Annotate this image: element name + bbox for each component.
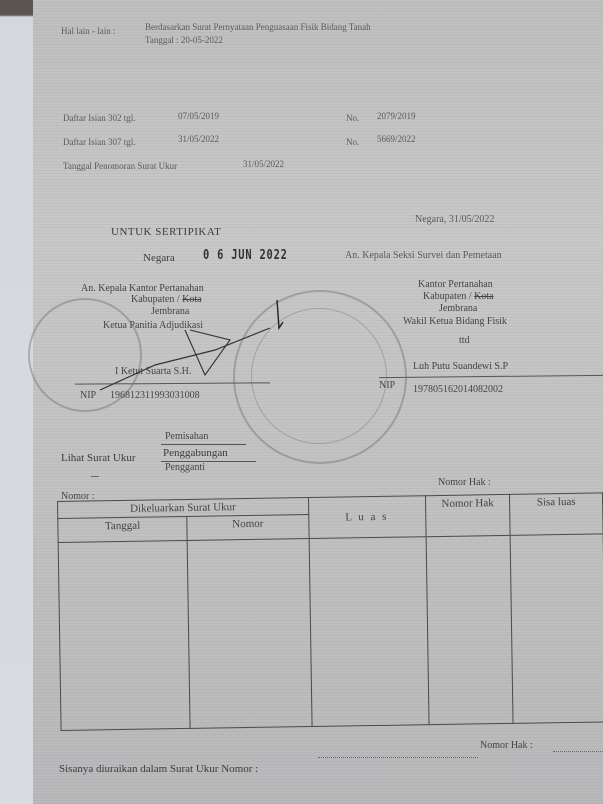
right-divider [379, 375, 603, 378]
hal-lain-label: Hal lain - lain : [61, 26, 115, 36]
signature-left [95, 300, 285, 395]
background-surface [0, 0, 33, 804]
daftar-isian-307-no: 5669/2022 [377, 134, 416, 144]
right-office: Kantor Pertanahan [418, 279, 493, 290]
footer-nomor-hak-label: Nomor Hak : [480, 740, 533, 751]
header-nomor: Nomor [187, 515, 309, 541]
sisanya-label: Sisanya diuraikan dalam Surat Ukur Nomor… [59, 763, 258, 775]
option-penggabungan: Penggabungan [163, 447, 228, 459]
header-luas: L u a s [308, 496, 426, 539]
cell-sisa-luas [510, 534, 603, 723]
surat-ukur-table: Dikeluarkan Surat Ukur L u a s Nomor Hak… [57, 492, 603, 731]
cell-nomor-hak [426, 535, 513, 724]
document-page: Hal lain - lain : Berdasarkan Surat Pern… [33, 0, 603, 804]
left-place: Negara [143, 252, 175, 264]
cell-nomor [187, 539, 311, 729]
right-region: Jembrana [439, 303, 477, 314]
right-kabupaten-prefix: Kabupaten / [423, 291, 474, 302]
lihat-surat-ukur-label: Lihat Surat Ukur [61, 452, 136, 464]
daftar-isian-307-no-label: No. [346, 137, 359, 147]
right-an-line: An. Kepala Seksi Survei dan Pemetaan [345, 250, 502, 261]
date-stamp: 0 6 JUN 2022 [203, 248, 288, 263]
header-nomor-hak: Nomor Hak [425, 494, 510, 536]
penomoran-date: 31/05/2022 [243, 159, 284, 169]
daftar-isian-302-no-label: No. [346, 113, 359, 123]
penomoran-label: Tanggal Penomoran Surat Ukur [63, 161, 177, 171]
header-sisa-luas: Sisa luas [510, 493, 603, 535]
untuk-sertipikat-title: UNTUK SERTIPIKAT [111, 226, 221, 238]
table-row [58, 534, 603, 731]
daftar-isian-302-no: 2079/2019 [377, 111, 416, 121]
daftar-isian-302-label: Daftar Isian 302 tgl. [63, 113, 135, 123]
arrow-mark [91, 476, 99, 477]
daftar-isian-302-date: 07/05/2019 [178, 111, 219, 121]
header-date: Tanggal : 20-05-2022 [145, 35, 223, 45]
right-kabupaten: Kabupaten / Kota [423, 291, 494, 302]
right-role: Wakil Ketua Bidang Fisik [403, 316, 507, 327]
right-signer-name: Luh Putu Suandewi S.P [413, 361, 508, 372]
header-tanggal: Tanggal [58, 516, 188, 542]
right-kota-struck: Kota [474, 291, 493, 302]
sisanya-nomor-field [318, 757, 478, 758]
cell-tanggal [58, 540, 190, 730]
right-nip-label: NIP [379, 380, 395, 391]
daftar-isian-307-date: 31/05/2022 [178, 134, 219, 144]
right-place-date: Negara, 31/05/2022 [415, 214, 494, 225]
cell-luas [309, 537, 429, 727]
left-nip-label: NIP [80, 390, 96, 401]
hal-lain-text: Berdasarkan Surat Pernyataan Penguasaan … [145, 22, 371, 32]
right-ttd: ttd [459, 335, 470, 346]
option-pengganti: Pengganti [165, 462, 205, 473]
left-an-line: An. Kepala Kantor Pertanahan [81, 283, 204, 294]
option-pemisahan: Pemisahan [165, 431, 208, 442]
option-divider-1 [161, 444, 246, 445]
footer-nomor-hak-field [553, 751, 603, 752]
right-nip: 197805162014082002 [413, 384, 503, 395]
daftar-isian-307-label: Daftar Isian 307 tgl. [63, 137, 135, 147]
nomor-hak-label: Nomor Hak : [438, 477, 491, 488]
